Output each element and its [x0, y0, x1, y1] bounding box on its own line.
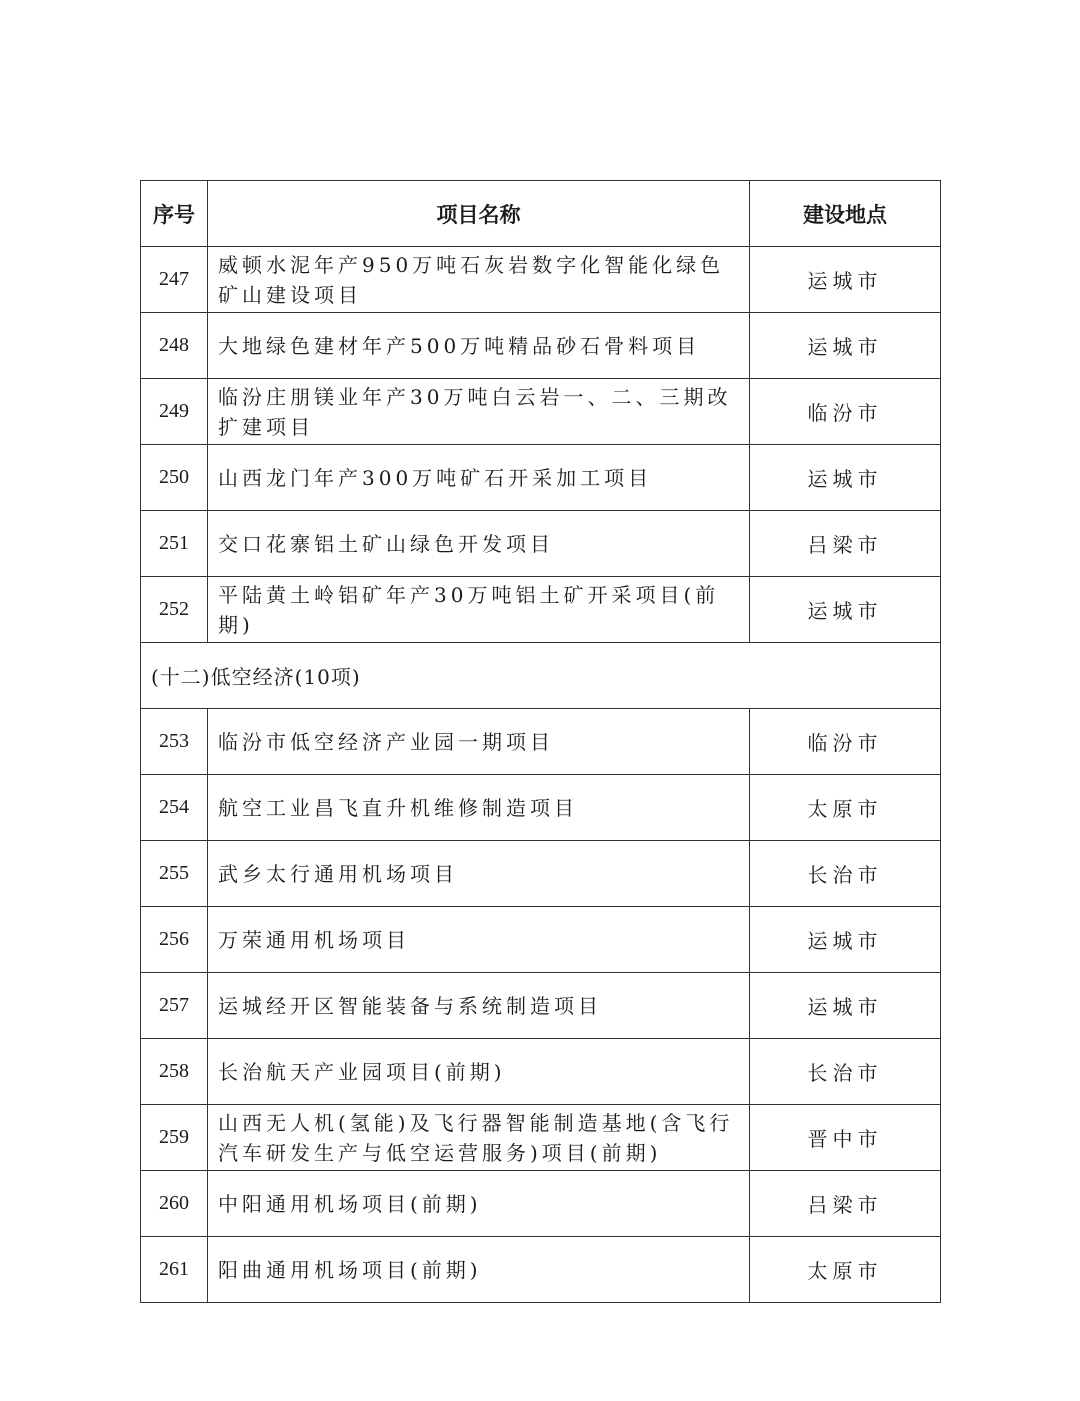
row-location: 运城市: [750, 247, 941, 313]
row-location: 吕梁市: [750, 511, 941, 577]
table-row: 257 运城经开区智能装备与系统制造项目 运城市: [141, 973, 941, 1039]
section-row: (十二)低空经济(10项): [141, 643, 941, 709]
row-project-name: 大地绿色建材年产500万吨精品砂石骨料项目: [208, 313, 750, 379]
table-row: 250 山西龙门年产300万吨矿石开采加工项目 运城市: [141, 445, 941, 511]
table-row: 258 长治航天产业园项目(前期) 长治市: [141, 1039, 941, 1105]
table-row: 251 交口花寨铝土矿山绿色开发项目 吕梁市: [141, 511, 941, 577]
row-location: 临汾市: [750, 709, 941, 775]
row-index: 253: [141, 709, 208, 775]
row-location: 运城市: [750, 313, 941, 379]
table-row: 252 平陆黄土岭铝矿年产30万吨铝土矿开采项目(前期) 运城市: [141, 577, 941, 643]
row-index: 259: [141, 1105, 208, 1171]
row-index: 250: [141, 445, 208, 511]
row-project-name: 临汾市低空经济产业园一期项目: [208, 709, 750, 775]
row-index: 256: [141, 907, 208, 973]
table-row: 249 临汾庄朋镁业年产30万吨白云岩一、二、三期改扩建项目 临汾市: [141, 379, 941, 445]
row-location: 运城市: [750, 907, 941, 973]
row-index: 260: [141, 1171, 208, 1237]
table-row: 259 山西无人机(氢能)及飞行器智能制造基地(含飞行汽车研发生产与低空运营服务…: [141, 1105, 941, 1171]
row-location: 长治市: [750, 841, 941, 907]
header-project-name: 项目名称: [208, 181, 750, 247]
row-project-name: 航空工业昌飞直升机维修制造项目: [208, 775, 750, 841]
section-heading-low-altitude-economy: (十二)低空经济(10项): [141, 643, 941, 709]
row-project-name: 平陆黄土岭铝矿年产30万吨铝土矿开采项目(前期): [208, 577, 750, 643]
row-location: 临汾市: [750, 379, 941, 445]
row-location: 运城市: [750, 445, 941, 511]
row-project-name: 威顿水泥年产950万吨石灰岩数字化智能化绿色矿山建设项目: [208, 247, 750, 313]
row-project-name: 山西无人机(氢能)及飞行器智能制造基地(含飞行汽车研发生产与低空运营服务)项目(…: [208, 1105, 750, 1171]
row-location: 长治市: [750, 1039, 941, 1105]
row-index: 248: [141, 313, 208, 379]
table-row: 255 武乡太行通用机场项目 长治市: [141, 841, 941, 907]
row-index: 258: [141, 1039, 208, 1105]
project-table: 序号 项目名称 建设地点 247 威顿水泥年产950万吨石灰岩数字化智能化绿色矿…: [140, 180, 941, 1303]
table-row: 253 临汾市低空经济产业园一期项目 临汾市: [141, 709, 941, 775]
row-location: 吕梁市: [750, 1171, 941, 1237]
row-location: 太原市: [750, 1237, 941, 1303]
row-location: 运城市: [750, 577, 941, 643]
row-index: 261: [141, 1237, 208, 1303]
header-location: 建设地点: [750, 181, 941, 247]
row-location: 太原市: [750, 775, 941, 841]
row-index: 249: [141, 379, 208, 445]
row-index: 247: [141, 247, 208, 313]
row-index: 254: [141, 775, 208, 841]
row-index: 257: [141, 973, 208, 1039]
row-project-name: 阳曲通用机场项目(前期): [208, 1237, 750, 1303]
row-project-name: 运城经开区智能装备与系统制造项目: [208, 973, 750, 1039]
row-location: 晋中市: [750, 1105, 941, 1171]
row-index: 252: [141, 577, 208, 643]
row-location: 运城市: [750, 973, 941, 1039]
row-project-name: 交口花寨铝土矿山绿色开发项目: [208, 511, 750, 577]
table-row: 260 中阳通用机场项目(前期) 吕梁市: [141, 1171, 941, 1237]
table-row: 247 威顿水泥年产950万吨石灰岩数字化智能化绿色矿山建设项目 运城市: [141, 247, 941, 313]
row-project-name: 万荣通用机场项目: [208, 907, 750, 973]
row-project-name: 中阳通用机场项目(前期): [208, 1171, 750, 1237]
row-project-name: 山西龙门年产300万吨矿石开采加工项目: [208, 445, 750, 511]
table-row: 248 大地绿色建材年产500万吨精品砂石骨料项目 运城市: [141, 313, 941, 379]
header-index: 序号: [141, 181, 208, 247]
row-project-name: 武乡太行通用机场项目: [208, 841, 750, 907]
row-index: 255: [141, 841, 208, 907]
table-header-row: 序号 项目名称 建设地点: [141, 181, 941, 247]
table-row: 254 航空工业昌飞直升机维修制造项目 太原市: [141, 775, 941, 841]
row-project-name: 长治航天产业园项目(前期): [208, 1039, 750, 1105]
table-row: 256 万荣通用机场项目 运城市: [141, 907, 941, 973]
table-row: 261 阳曲通用机场项目(前期) 太原市: [141, 1237, 941, 1303]
row-index: 251: [141, 511, 208, 577]
row-project-name: 临汾庄朋镁业年产30万吨白云岩一、二、三期改扩建项目: [208, 379, 750, 445]
